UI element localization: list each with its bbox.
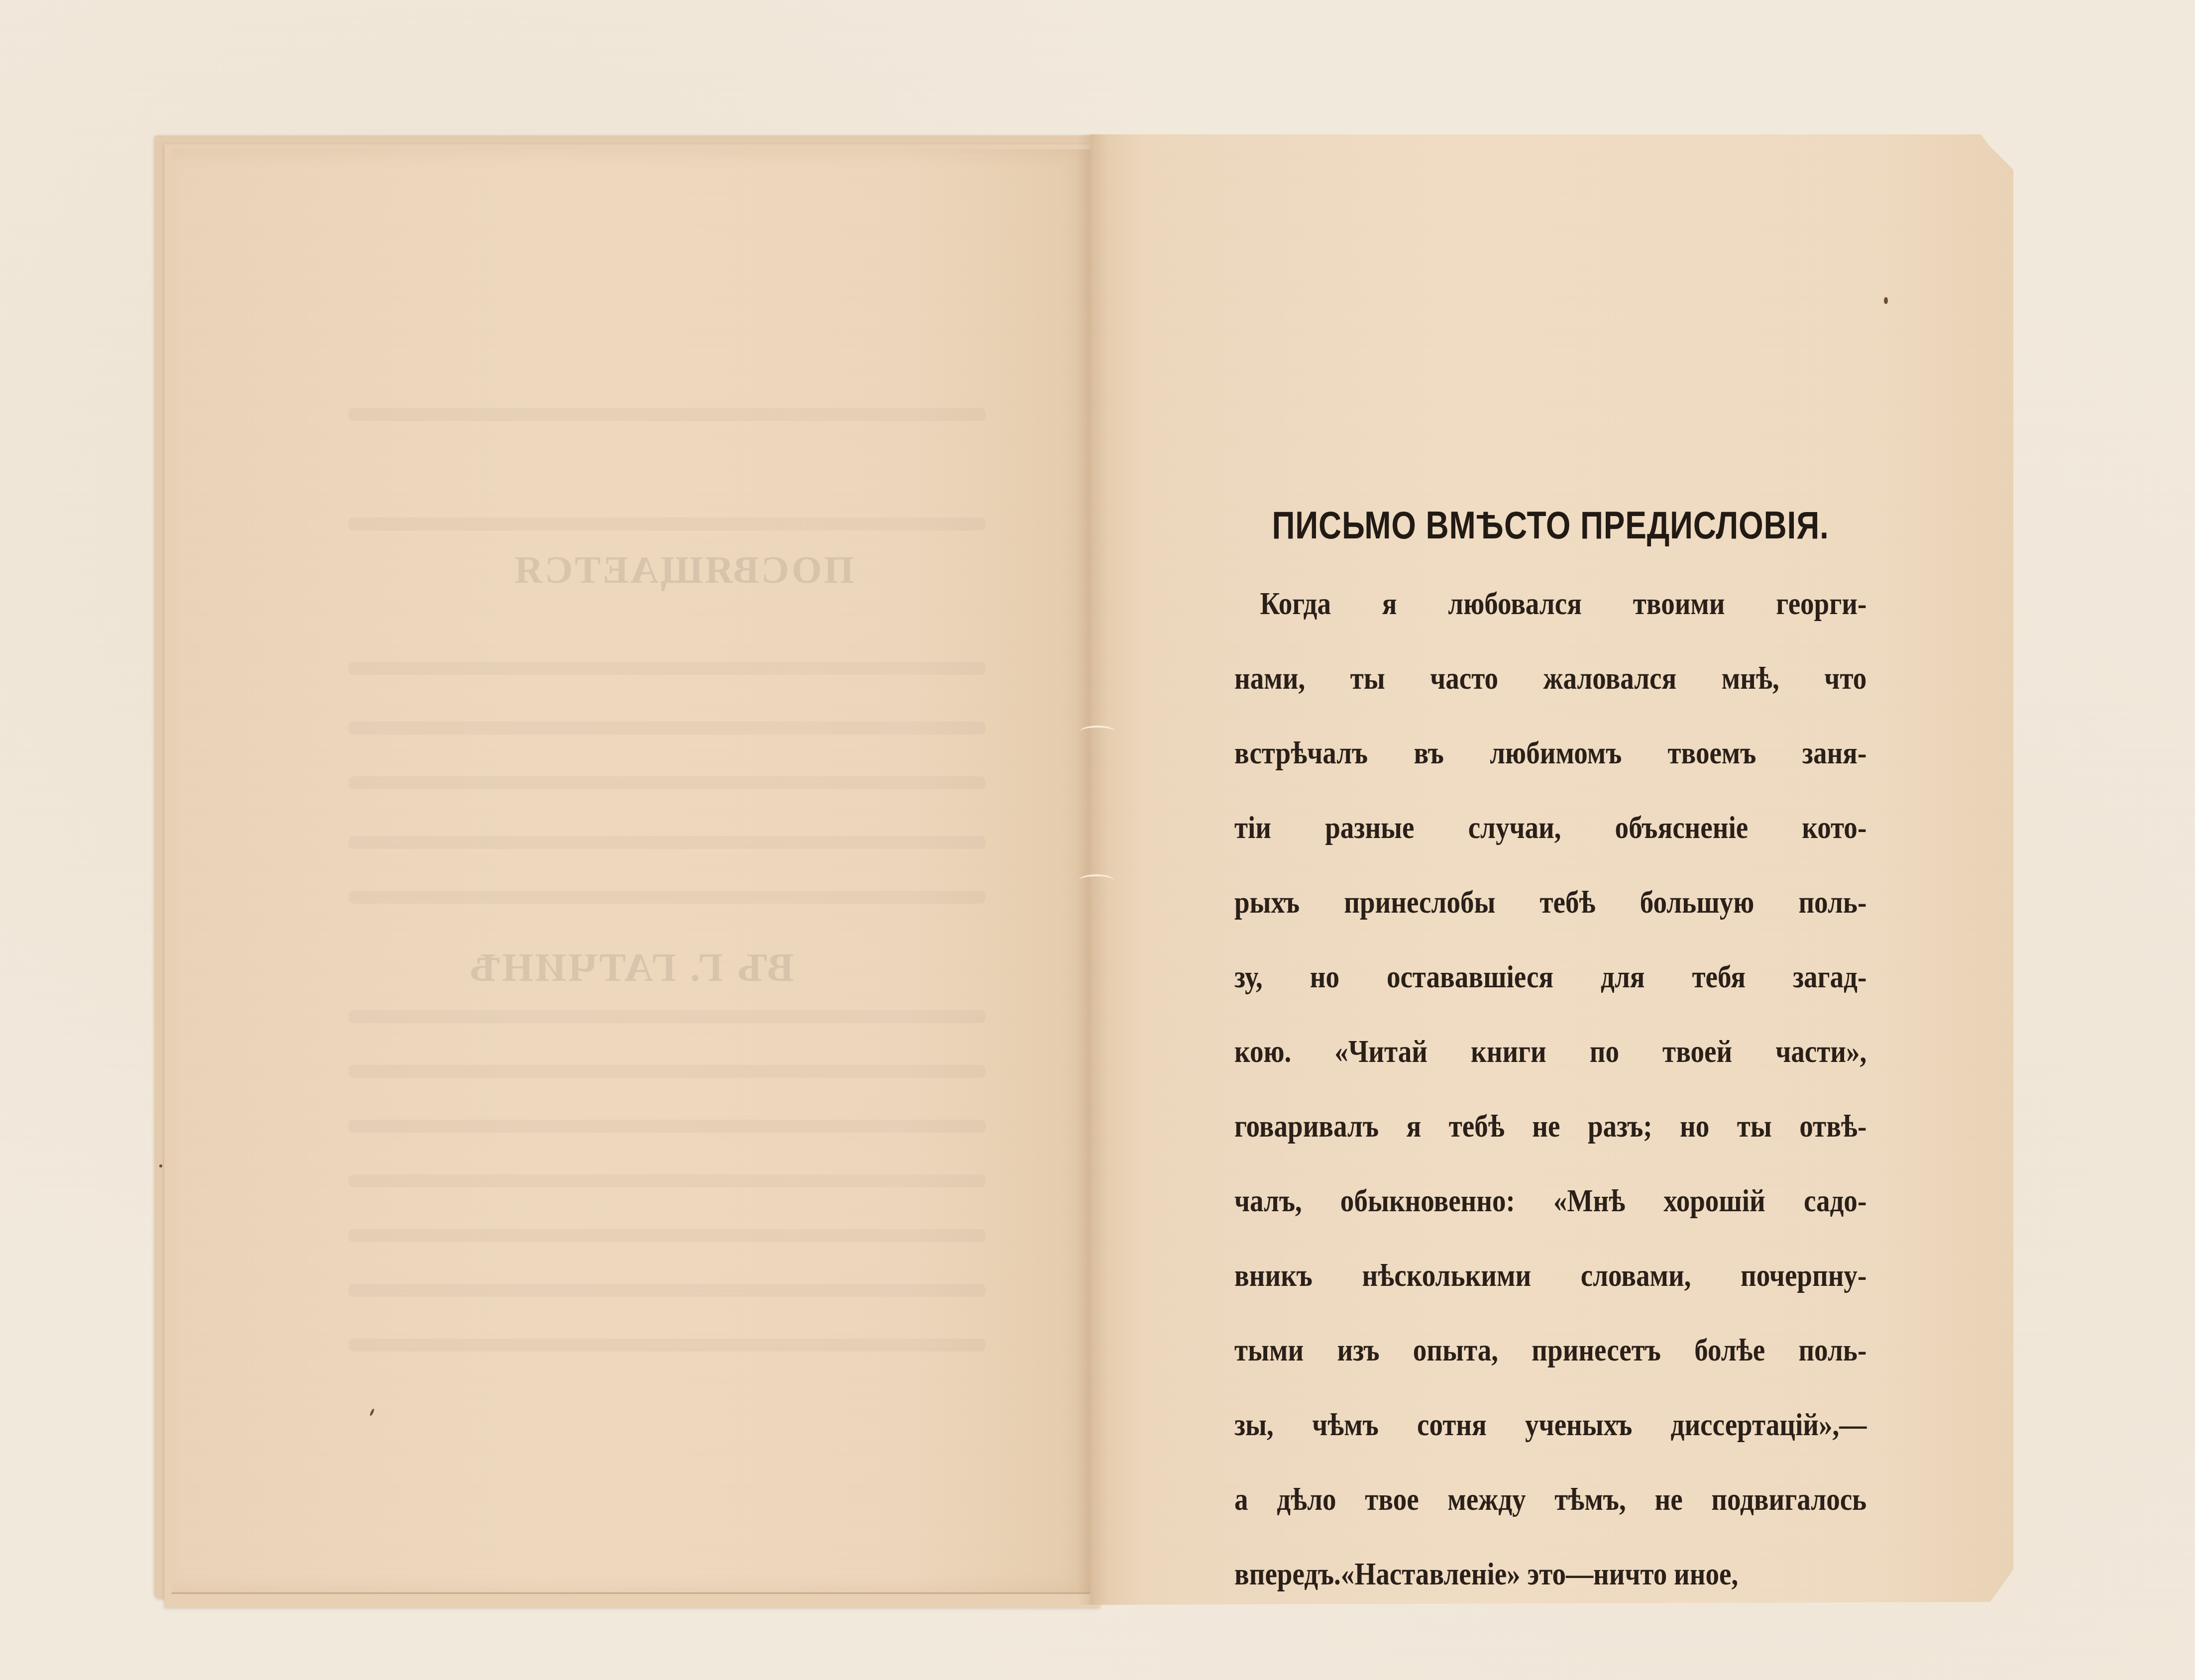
ink-speck bbox=[159, 1164, 162, 1167]
bleed-through-line bbox=[348, 518, 986, 530]
text-line: рыхъ принеслобы тебѣ большую поль- bbox=[1234, 865, 1866, 940]
text-line: встрѣчалъ въ любимомъ твоемъ заня- bbox=[1234, 716, 1866, 790]
binding-tear bbox=[1079, 874, 1114, 886]
text-line: а дѣло твое между тѣмъ, не подвигалось bbox=[1234, 1462, 1866, 1537]
text-line: зу, но остававшіеся для тебя загад- bbox=[1234, 940, 1866, 1014]
bleed-through-line bbox=[348, 1065, 986, 1078]
bleed-through-line bbox=[348, 408, 986, 421]
book-gutter bbox=[1078, 134, 1107, 1605]
bleed-through-line bbox=[348, 722, 986, 735]
text-line: вникъ нѣсколькими словами, почерпну- bbox=[1234, 1238, 1866, 1313]
text-line: впередъ.«Наставленіе» это—ничто иное, bbox=[1234, 1537, 1866, 1611]
bleed-through-line bbox=[348, 1339, 986, 1352]
bleed-through-line bbox=[348, 662, 986, 675]
ink-speck bbox=[1884, 297, 1888, 304]
bleed-through-line bbox=[348, 776, 986, 789]
text-line: нами, ты часто жаловался мнѣ, что bbox=[1234, 641, 1866, 716]
bleed-through-line bbox=[348, 891, 986, 904]
text-line: тыми изъ опыта, принесетъ болѣе поль- bbox=[1234, 1313, 1866, 1387]
preface-text-block: ПИСЬМО ВМѢСТО ПРЕДИСЛОВІЯ. Когда я любов… bbox=[1234, 503, 1866, 1611]
left-page bbox=[172, 149, 1090, 1594]
bleed-through-line bbox=[348, 1229, 986, 1242]
bleed-through-line bbox=[348, 1284, 986, 1297]
text-line: говаривалъ я тебѣ не разъ; но ты отвѣ- bbox=[1234, 1089, 1866, 1163]
page-title: ПИСЬМО ВМѢСТО ПРЕДИСЛОВІЯ. bbox=[1267, 503, 1834, 547]
text-line: тіи разные случаи, объясненіе кото- bbox=[1234, 790, 1866, 865]
bleed-through-line bbox=[348, 836, 986, 849]
text-line: зы, чѣмъ сотня ученыхъ диссертацій»,— bbox=[1234, 1387, 1866, 1462]
text-line: кою. «Читай книги по твоей части», bbox=[1234, 1014, 1866, 1089]
text-line: Когда я любовался твоими георги- bbox=[1234, 566, 1866, 641]
preface-body: Когда я любовался твоими георги- нами, т… bbox=[1234, 566, 1866, 1611]
text-line: чалъ, обыкновенно: «Мнѣ хорошій садо- bbox=[1234, 1163, 1866, 1238]
bleed-through-heading: ПОСВЯЩАЕТСЯ bbox=[513, 547, 854, 592]
bleed-through-line bbox=[348, 1010, 986, 1023]
bleed-through-line bbox=[348, 1120, 986, 1133]
bleed-through-heading: ВЪ Г. ГАТЧИНѢ bbox=[468, 945, 794, 991]
binding-tear bbox=[1080, 726, 1115, 737]
bleed-through-line bbox=[348, 1174, 986, 1187]
